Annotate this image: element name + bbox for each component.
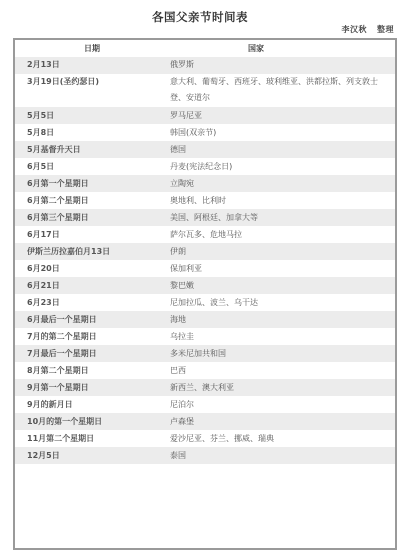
- country-cell: 海地: [155, 311, 395, 328]
- table-header: 日期 国家: [15, 40, 395, 57]
- country-cell: 萨尔瓦多、危地马拉: [155, 226, 395, 243]
- date-cell: 6月第二个星期日: [15, 192, 155, 209]
- country-cell: 黎巴嫩: [155, 277, 395, 294]
- date-cell: 9月的新月日: [15, 396, 155, 413]
- date-cell: 12月5日: [15, 447, 155, 464]
- date-cell: 伊斯兰历拉嘉伯月13日: [15, 243, 155, 260]
- table-row: 7月最后一个星期日多米尼加共和国: [15, 345, 395, 362]
- date-cell: 7月的第二个星期日: [15, 328, 155, 345]
- date-cell: 7月最后一个星期日: [15, 345, 155, 362]
- date-cell: 6月第一个星期日: [15, 175, 155, 192]
- country-cell: 丹麦(宪法纪念日): [155, 158, 395, 175]
- table-row: 10月的第一个星期日卢森堡: [15, 413, 395, 430]
- table-row: 5月5日罗马尼亚: [15, 107, 395, 124]
- fathers-day-table: 日期 国家 2月13日俄罗斯3月19日(圣约瑟日)意大利、葡萄牙、西班牙、玻利维…: [13, 38, 397, 550]
- table-body: 2月13日俄罗斯3月19日(圣约瑟日)意大利、葡萄牙、西班牙、玻利维亚、洪都拉斯…: [15, 57, 395, 464]
- country-cell: 保加利亚: [155, 260, 395, 277]
- date-cell: 6月17日: [15, 226, 155, 243]
- date-cell: 2月13日: [15, 57, 155, 74]
- country-cell: 乌拉圭: [155, 328, 395, 345]
- table-row: 6月第二个星期日奥地利、比利时: [15, 192, 395, 209]
- country-cell: 尼加拉瓜、波兰、乌干达: [155, 294, 395, 311]
- table-row: 12月5日泰国: [15, 447, 395, 464]
- country-cell: 立陶宛: [155, 175, 395, 192]
- date-cell: 10月的第一个星期日: [15, 413, 155, 430]
- table-row: 5月基督升天日德国: [15, 141, 395, 158]
- country-cell: 巴西: [155, 362, 395, 379]
- table-row: 6月第三个星期日美国、阿根廷、加拿大等: [15, 209, 395, 226]
- table-row: 6月最后一个星期日海地: [15, 311, 395, 328]
- country-cell: 卢森堡: [155, 413, 395, 430]
- country-cell: 奥地利、比利时: [155, 192, 395, 209]
- date-cell: 5月5日: [15, 107, 155, 124]
- country-cell: 尼泊尔: [155, 396, 395, 413]
- table-row: 6月第一个星期日立陶宛: [15, 175, 395, 192]
- table-row: 6月21日黎巴嫩: [15, 277, 395, 294]
- table-row: 6月23日尼加拉瓜、波兰、乌干达: [15, 294, 395, 311]
- country-cell: 韩国(双亲节): [155, 124, 395, 141]
- table-row: 8月第二个星期日巴西: [15, 362, 395, 379]
- table-row: 11月第二个星期日爱沙尼亚、芬兰、挪威、瑞典: [15, 430, 395, 447]
- date-cell: 6月第三个星期日: [15, 209, 155, 226]
- table-row: 伊斯兰历拉嘉伯月13日伊朗: [15, 243, 395, 260]
- country-cell: 新西兰、澳大利亚: [155, 379, 395, 396]
- country-cell: 德国: [155, 141, 395, 158]
- header-date: 日期: [15, 43, 157, 54]
- author-credit: 李汉秋整理: [342, 24, 395, 35]
- date-cell: 5月基督升天日: [15, 141, 155, 158]
- author-name: 李汉秋: [342, 25, 368, 34]
- country-cell: 罗马尼亚: [155, 107, 395, 124]
- header-country: 国家: [157, 43, 395, 54]
- country-cell: 美国、阿根廷、加拿大等: [155, 209, 395, 226]
- country-cell: 意大利、葡萄牙、西班牙、玻利维亚、洪都拉斯、列支敦士登、安道尔: [155, 74, 395, 106]
- date-cell: 11月第二个星期日: [15, 430, 155, 447]
- table-row: 9月的新月日尼泊尔: [15, 396, 395, 413]
- page-title: 各国父亲节时间表: [0, 9, 400, 25]
- date-cell: 6月最后一个星期日: [15, 311, 155, 328]
- table-row: 2月13日俄罗斯: [15, 57, 395, 74]
- table-row: 9月第一个星期日新西兰、澳大利亚: [15, 379, 395, 396]
- date-cell: 9月第一个星期日: [15, 379, 155, 396]
- table-row: 6月17日萨尔瓦多、危地马拉: [15, 226, 395, 243]
- country-cell: 爱沙尼亚、芬兰、挪威、瑞典: [155, 430, 395, 447]
- table-row: 6月5日丹麦(宪法纪念日): [15, 158, 395, 175]
- date-cell: 8月第二个星期日: [15, 362, 155, 379]
- country-cell: 多米尼加共和国: [155, 345, 395, 362]
- table-row: 6月20日保加利亚: [15, 260, 395, 277]
- date-cell: 6月20日: [15, 260, 155, 277]
- date-cell: 5月8日: [15, 124, 155, 141]
- table-row: 7月的第二个星期日乌拉圭: [15, 328, 395, 345]
- date-cell: 6月5日: [15, 158, 155, 175]
- date-cell: 3月19日(圣约瑟日): [15, 74, 155, 90]
- date-cell: 6月23日: [15, 294, 155, 311]
- country-cell: 俄罗斯: [155, 57, 395, 74]
- author-role: 整理: [377, 25, 394, 34]
- table-row: 5月8日韩国(双亲节): [15, 124, 395, 141]
- table-row: 3月19日(圣约瑟日)意大利、葡萄牙、西班牙、玻利维亚、洪都拉斯、列支敦士登、安…: [15, 74, 395, 107]
- date-cell: 6月21日: [15, 277, 155, 294]
- country-cell: 泰国: [155, 447, 395, 464]
- country-cell: 伊朗: [155, 243, 395, 260]
